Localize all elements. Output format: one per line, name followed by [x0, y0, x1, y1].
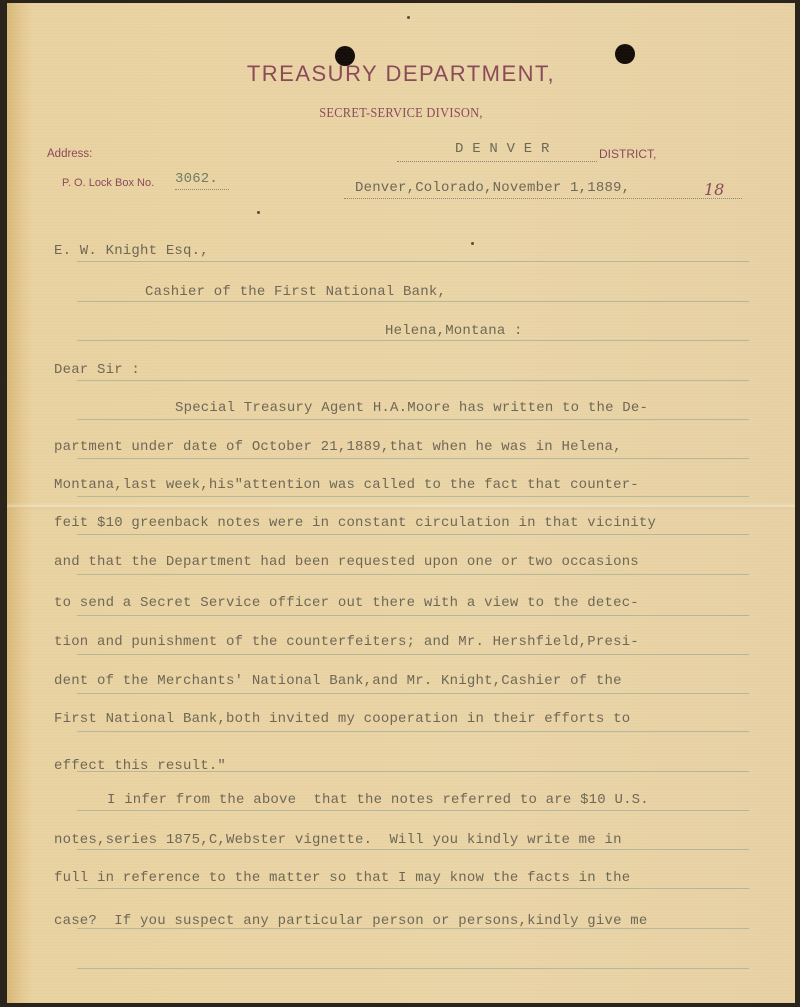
ruled-line — [77, 458, 749, 459]
paper-speck — [407, 16, 410, 19]
ruled-line — [77, 654, 749, 655]
date-year-suffix: 18 — [704, 180, 724, 199]
date-dotline — [344, 198, 742, 199]
letterhead-subtitle: SECRET-SERVICE DIVISON, — [39, 105, 764, 121]
ruled-line — [77, 340, 749, 341]
body-line: Montana,last week,his"attention was call… — [54, 477, 639, 493]
body-line: tion and punishment of the counterfeiter… — [54, 634, 639, 650]
ruled-line — [77, 810, 749, 811]
ruled-line — [77, 615, 749, 616]
ruled-line — [77, 574, 749, 575]
letterhead-title: TREASURY DEPARTMENT, — [7, 61, 795, 87]
body-line: full in reference to the matter so that … — [54, 870, 630, 886]
lockbox-dotline — [175, 189, 229, 190]
lockbox-label: P. O. Lock Box No. — [62, 177, 154, 189]
body-line: feit $10 greenback notes were in constan… — [54, 515, 656, 531]
district-label: DISTRICT, — [599, 147, 656, 161]
ruled-line — [77, 534, 749, 535]
ruled-line — [77, 380, 749, 381]
paper-fold — [7, 503, 795, 509]
letter-page: TREASURY DEPARTMENT, SECRET-SERVICE DIVI… — [7, 3, 795, 1003]
ruled-line — [77, 419, 749, 420]
body-line: First National Bank,both invited my coop… — [54, 711, 630, 727]
body-line: to send a Secret Service officer out the… — [54, 595, 639, 611]
recipient-location: Helena,Montana : — [385, 323, 523, 339]
address-label: Address: — [47, 148, 92, 160]
district-dotline — [397, 161, 597, 162]
ruled-line — [77, 968, 749, 969]
lockbox-number: 3062. — [175, 171, 218, 187]
date-line: Denver,Colorado,November 1,1889, — [355, 180, 630, 196]
ruled-line — [77, 888, 749, 889]
ruled-line — [77, 849, 749, 850]
body-line: Special Treasury Agent H.A.Moore has wri… — [175, 400, 648, 416]
ruled-line — [77, 693, 749, 694]
body-line: case? If you suspect any particular pers… — [54, 913, 648, 929]
district-name: D E N V E R — [455, 141, 550, 157]
ruled-line — [77, 731, 749, 732]
recipient-name: E. W. Knight Esq., — [54, 243, 209, 259]
body-line: partment under date of October 21,1889,t… — [54, 439, 622, 455]
ruled-line — [77, 928, 749, 929]
paper-speck — [471, 242, 474, 245]
paper-speck — [257, 211, 260, 214]
body-line: dent of the Merchants' National Bank,and… — [54, 673, 622, 689]
body-line: I infer from the above that the notes re… — [107, 792, 649, 808]
ruled-line — [77, 261, 749, 262]
body-line: notes,series 1875,C,Webster vignette. Wi… — [54, 832, 622, 848]
salutation: Dear Sir : — [54, 362, 140, 378]
ruled-line — [77, 771, 749, 772]
body-line: and that the Department had been request… — [54, 554, 639, 570]
recipient-title: Cashier of the First National Bank, — [145, 284, 446, 300]
ruled-line — [77, 301, 749, 302]
ruled-line — [77, 496, 749, 497]
